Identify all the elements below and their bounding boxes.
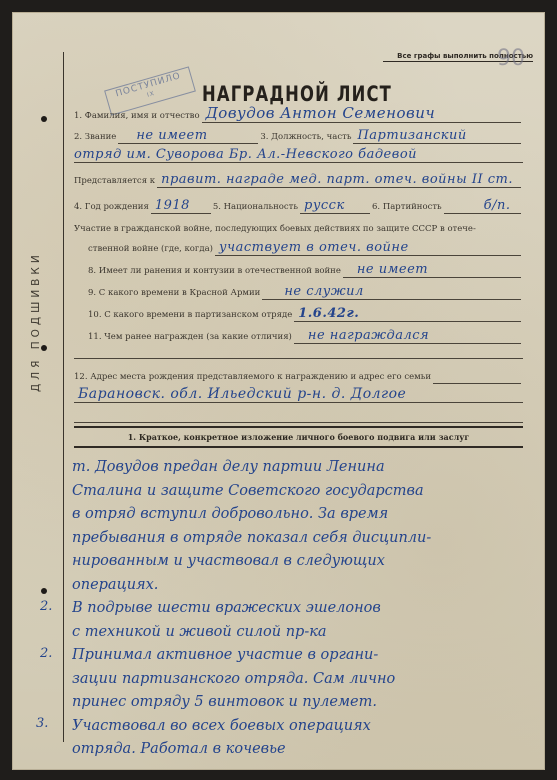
field-value-line[interactable]: не служил bbox=[262, 283, 521, 300]
field-value-line[interactable]: 1.6.42г. bbox=[294, 305, 521, 322]
field-value: Партизанский bbox=[357, 128, 466, 143]
field-label: 9. С какого времени в Красной Армии bbox=[88, 288, 260, 300]
narrative-line: в отряд вступил добровольно. За время bbox=[72, 503, 527, 527]
item-number: 2. bbox=[40, 646, 52, 661]
field-label: 8. Имеет ли ранения и контузии в отечест… bbox=[88, 266, 341, 278]
narrative-line: т. Довудов предан делу партии Ленина bbox=[72, 456, 527, 480]
item-number: 3. bbox=[36, 716, 48, 731]
field-war-participation: ственной войне (где, когда) участвует в … bbox=[88, 238, 523, 256]
field-value-line[interactable]: русск bbox=[300, 197, 370, 214]
field-value: русск bbox=[304, 198, 345, 213]
narrative-text: т. Довудов предан делу партии Ленина Ста… bbox=[72, 456, 527, 762]
item-number: 2. bbox=[40, 599, 52, 614]
field-label: 4. Год рождения bbox=[74, 202, 149, 214]
field-value: б/п. bbox=[484, 198, 511, 213]
narrative-line: В подрыве шести вражеских эшелонов bbox=[72, 597, 527, 621]
field-label: 6. Партийность bbox=[372, 202, 442, 214]
field-value-line[interactable]: Довудов Антон Семенович bbox=[202, 106, 521, 123]
narrative-line: принес отряду 5 винтовок и пулемет. bbox=[72, 691, 527, 715]
section-divider bbox=[74, 426, 523, 428]
narrative-line: Принимал активное участие в органи- bbox=[72, 644, 527, 668]
field-label: 3. Должность, часть bbox=[260, 132, 351, 144]
field-value: Довудов Антон Семенович bbox=[206, 104, 436, 122]
field-wounds: 8. Имеет ли ранения и контузии в отечест… bbox=[88, 260, 523, 278]
field-label: 2. Звание bbox=[74, 132, 116, 144]
corner-number: 90 bbox=[497, 46, 525, 71]
binding-margin-line bbox=[63, 52, 64, 742]
punch-hole bbox=[41, 345, 47, 351]
section-heading: 1. Краткое, конкретное изложение личного… bbox=[74, 432, 523, 442]
field-position-continued[interactable]: отряд им. Суворова Бр. Ал.-Невского баде… bbox=[74, 146, 523, 163]
field-value-line[interactable]: не имеет bbox=[343, 261, 521, 278]
narrative-line: отряда. Работал в кочевье bbox=[72, 738, 527, 762]
field-value-line[interactable]: не имеет bbox=[118, 127, 258, 144]
field-value: 1918 bbox=[155, 198, 190, 213]
narrative-line: с техникой и живой силой пр-ка bbox=[72, 621, 527, 645]
punch-hole bbox=[41, 116, 47, 122]
punch-hole bbox=[41, 588, 47, 594]
field-value: правит. награде мед. парт. отеч. войны I… bbox=[161, 172, 513, 187]
narrative-line: зации партизанского отряда. Сам лично bbox=[72, 668, 527, 692]
field-label: ственной войне (где, когда) bbox=[88, 244, 213, 256]
field-partisan-since: 10. С какого времени в партизанском отря… bbox=[88, 304, 523, 322]
field-previous-awards-continued[interactable] bbox=[74, 342, 523, 359]
field-address: 12. Адрес места рождения представляемого… bbox=[74, 366, 523, 384]
field-value-line[interactable]: участвует в отеч. войне bbox=[215, 239, 521, 256]
field-label: Представляется к bbox=[74, 176, 155, 188]
narrative-line: Сталина и защите Советского государства bbox=[72, 480, 527, 504]
field-label: 10. С какого времени в партизанском отря… bbox=[88, 310, 292, 322]
field-value-line[interactable] bbox=[433, 367, 521, 384]
field-label: Участие в гражданской войне, последующих… bbox=[74, 224, 476, 236]
field-birth-nationality-party: 4. Год рождения 1918 5. Национальность р… bbox=[74, 196, 523, 214]
award-sheet: ДЛЯ ПОДШИВКИ Все графы выполнить полност… bbox=[12, 12, 545, 770]
field-value: не имеет bbox=[136, 128, 207, 143]
field-value-line[interactable]: 1918 bbox=[151, 197, 211, 214]
field-value: не имеет bbox=[357, 262, 428, 277]
narrative-line: операциях. bbox=[72, 574, 527, 598]
field-war-participation-label: Участие в гражданской войне, последующих… bbox=[74, 218, 523, 236]
field-value: 1.6.42г. bbox=[298, 306, 359, 321]
field-label: 5. Национальность bbox=[213, 202, 298, 214]
narrative-line: пребывания в отряде показал себя дисципл… bbox=[72, 527, 527, 551]
field-value: не награждался bbox=[308, 328, 429, 343]
field-value-line[interactable]: Партизанский bbox=[353, 127, 521, 144]
field-address-continued[interactable] bbox=[74, 406, 523, 423]
field-rank-position: 2. Звание не имеет 3. Должность, часть П… bbox=[74, 126, 523, 144]
field-value: участвует в отеч. войне bbox=[219, 240, 409, 255]
field-value: отряд им. Суворова Бр. Ал.-Невского баде… bbox=[74, 147, 417, 162]
narrative-line: Участвовал во всех боевых операциях bbox=[72, 715, 527, 739]
field-value-line[interactable]: правит. награде мед. парт. отеч. войны I… bbox=[157, 171, 521, 188]
binding-label: ДЛЯ ПОДШИВКИ bbox=[30, 192, 42, 392]
section-divider bbox=[74, 446, 523, 448]
narrative-line: нированным и участвовал в следующих bbox=[72, 550, 527, 574]
field-red-army-since: 9. С какого времени в Красной Армии не с… bbox=[88, 282, 523, 300]
field-full-name: 1. Фамилия, имя и отчество Довудов Антон… bbox=[74, 105, 523, 123]
field-label: 1. Фамилия, имя и отчество bbox=[74, 111, 200, 123]
document-title: НАГРАДНОЙ ЛИСТ bbox=[202, 82, 392, 106]
field-value-line[interactable]: б/п. bbox=[444, 197, 521, 214]
field-address-value-line[interactable]: Барановск. обл. Ильедский р-н. д. Долгое bbox=[74, 386, 523, 403]
field-value: не служил bbox=[284, 284, 363, 299]
field-value: Барановск. обл. Ильедский р-н. д. Долгое bbox=[78, 386, 406, 402]
field-presented-for: Представляется к правит. награде мед. па… bbox=[74, 170, 523, 188]
field-label: 12. Адрес места рождения представляемого… bbox=[74, 372, 431, 384]
